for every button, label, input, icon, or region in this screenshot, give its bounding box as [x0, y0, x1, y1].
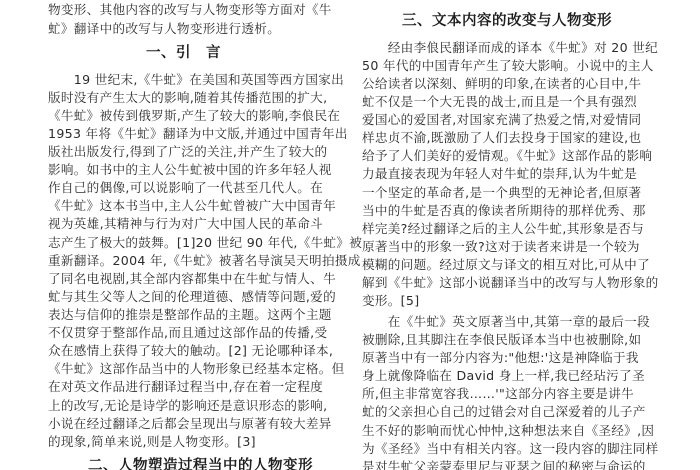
intro-line: 虻》翻译中的改写与人物变形进行透析。 [48, 21, 280, 37]
body-line: 样完美?经过翻译之后的主人公牛虻,其形象是否与 [362, 221, 644, 237]
body-line: 虻不仅是一个大无畏的战士,而且是一个具有强烈 [362, 94, 637, 110]
body-line: 版时没有产生太大的影响,随着其传播范围的扩大, [48, 90, 327, 106]
body-line: 50 年代的中国青年产生了较大影响。小说中的主人 [362, 58, 654, 74]
body-line: 变形。[5] [362, 293, 419, 309]
body-line: 上的改写,无论是诗学的影响还是意识形态的影响, [48, 398, 327, 414]
body-line: 为《圣经》当中有相关内容。这一段内容的脚注同样 [362, 441, 659, 457]
body-line: 力最直接表现为年轻人对牛虻的崇拜,认为牛虻是 [362, 166, 637, 182]
section-heading-text-change: 三、文本内容的改变与人物变形 [402, 12, 612, 30]
body-line: 身上就像降临在 David 身上一样,我已经玷污了圣 [362, 368, 645, 384]
body-line: 是对牛虻父亲蒙泰里尼与亚瑟之间的秘密与命运的 [362, 459, 646, 470]
body-line: 爱国心的爱国者,对国家充满了热爱之情,对爱情同 [362, 112, 641, 128]
body-line: 被删除,且其脚注在李俍民版译本当中也被删除,如 [362, 332, 641, 348]
body-line: 了同名电视剧,其全部内容都集中在牛虻与情人、牛 [48, 271, 336, 287]
body-line: 《牛虻》被传到俄罗斯,产生了较大的影响,李俍民在 [48, 108, 340, 124]
section-heading-character-shaping: 二、人物塑造过程当中的人物变形 [88, 457, 313, 470]
body-line: 原著当中的形象一致?这对于读者来讲是一个较为 [362, 239, 640, 255]
body-line: 众在感情上获得了较大的触动。[2] 无论哪种译本, [48, 343, 333, 359]
body-line: 1953 年将《牛虻》翻译为中文版,并通过中国青年出 [48, 126, 348, 142]
body-line: 重新翻译。2004 年,《牛虻》被著名导演吴天明拍摄成 [48, 253, 361, 269]
body-line: 版社出版发行,得到了广泛的关注,并产生了较大的 [48, 144, 327, 160]
body-line: 影响。如书中的主人公牛虻被中国的许多年轻人视 [48, 162, 332, 178]
body-line: 表达与信仰的推崇是整部作品的主题。这两个主题 [48, 307, 332, 323]
intro-line: 物变形、其他内容的改写与人物变形等方面对《牛 [48, 2, 332, 18]
body-line: 小说在经过翻译之后都会呈现出与原著有较大差异 [48, 416, 332, 432]
body-line: 志产生了极大的鼓舞。[1]20 世纪 90 年代,《牛虻》被 [48, 235, 362, 251]
body-line: 《牛虻》这部作品当中的人物形象已经基本定格。但 [48, 361, 345, 377]
body-line: 作自己的偶像,可以说影响了一代甚至几代人。在 [48, 180, 323, 196]
body-line: 模糊的问题。经过原文与译文的相互对比,可从中了 [362, 257, 650, 273]
body-line: 视为英雄,其精神与行为对广大中国人民的革命斗 [48, 216, 323, 232]
body-line: 原著当中有一部分内容为:"他想:'这是神降临于我 [362, 350, 639, 366]
body-line: 《牛虻》这本书当中,主人公牛虻曾被广大中国青年 [48, 198, 336, 214]
body-line: 在《牛虻》英文原著当中,其第一章的最后一段 [362, 314, 650, 330]
body-line: 不仅贯穿于整部作品,而且通过这部作品的传播,受 [48, 325, 327, 341]
body-line: 的现象,简单来说,则是人物变形。[3] [48, 434, 256, 450]
body-line: 虻与其生父等人之间的伦理道德、感情等问题,爱的 [48, 289, 336, 305]
body-line: 所,但主非常宽容我……'"这部分内容主要是讲牛 [362, 386, 634, 402]
section-heading-introduction: 一、引 言 [146, 44, 221, 62]
body-line: 虻的父亲担心自己的过错会对自己深爱着的儿子产 [362, 404, 646, 420]
body-line: 一个坚定的革命者,是一个典型的无神论者,但原著 [362, 185, 641, 201]
body-line: 公给读者以深刻、鲜明的印象,在读者的心目中,牛 [362, 76, 641, 92]
body-line: 在对英文作品进行翻译过程当中,存在着一定程度 [48, 379, 323, 395]
body-line: 生不好的影响而忧心忡忡,这种想法来自《圣经》,因 [362, 423, 654, 439]
body-line: 经由李俍民翻译而成的译本《牛虻》对 20 世纪 [362, 40, 658, 56]
body-line: 当中的牛虻是否真的像读者所期待的那样优秀、那 [362, 203, 646, 219]
body-line: 给予了人们美好的爱情观。《牛虻》这部作品的影响 [362, 148, 652, 164]
body-line: 19 世纪末,《牛虻》在美国和英国等西方国家出 [48, 72, 344, 88]
body-line: 解到《牛虻》这部小说翻译当中的改写与人物形象的 [362, 275, 659, 291]
body-line: 样忠贞不渝,既激励了人们去投身于国家的建设,也 [362, 130, 641, 146]
